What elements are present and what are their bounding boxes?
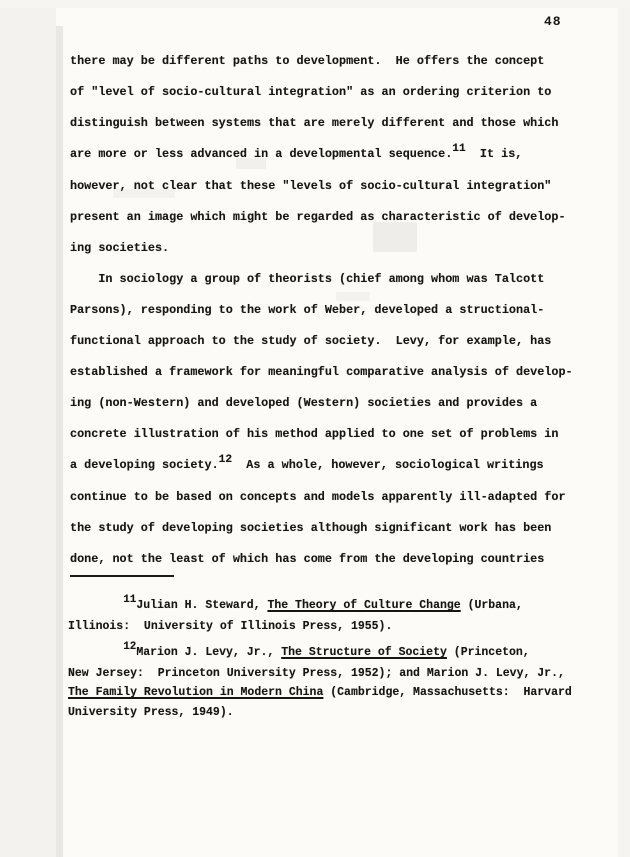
- text-line: The Family Revolution in Modern China (C…: [68, 683, 572, 703]
- text-segment: a developing society.: [70, 458, 219, 472]
- text-line: present an image which might be regarded…: [70, 202, 573, 233]
- text-segment: As a whole, however, sociological writin…: [232, 458, 544, 472]
- text-segment: It is,: [466, 147, 523, 161]
- underlined-title: The Structure of Society: [281, 646, 447, 659]
- text-line: 11Julian H. Steward, The Theory of Cultu…: [68, 596, 572, 617]
- underlined-title: The Theory of Culture Change: [267, 599, 460, 612]
- text-line: are more or less advanced in a developme…: [70, 139, 573, 171]
- underlined-title: The Family Revolution in Modern China: [68, 686, 323, 699]
- scan-edge-right-margin: [618, 0, 630, 857]
- scan-edge-fold-band: [56, 26, 63, 857]
- text-segment: ing societies.: [70, 241, 169, 255]
- text-segment: of "level of socio-cultural integration"…: [70, 85, 551, 99]
- text-segment: (Urbana,: [461, 599, 523, 612]
- text-segment: however, not clear that these "levels of…: [70, 179, 551, 193]
- text-segment: present an image which might be regarded…: [70, 210, 566, 224]
- text-line: however, not clear that these "levels of…: [70, 171, 573, 202]
- footnote-marker: 12: [219, 454, 232, 466]
- scan-edge-top-margin: [0, 0, 630, 8]
- text-line: functional approach to the study of soci…: [70, 326, 573, 357]
- text-segment: Marion J. Levy, Jr.,: [136, 646, 281, 659]
- text-segment: ing (non-Western) and developed (Western…: [70, 396, 537, 410]
- footnote-marker: 11: [123, 594, 136, 606]
- text-line: of "level of socio-cultural integration"…: [70, 77, 573, 108]
- footnote-marker: 12: [123, 641, 136, 653]
- text-segment: [68, 646, 123, 659]
- text-segment: Parsons), responding to the work of Webe…: [70, 303, 544, 317]
- text-line: Illinois: University of Illinois Press, …: [68, 617, 572, 637]
- text-line: the study of developing societies althou…: [70, 513, 573, 544]
- text-segment: [68, 599, 123, 612]
- footnote-separator: [70, 575, 174, 577]
- text-line: ing societies.: [70, 233, 573, 264]
- text-segment: the study of developing societies althou…: [70, 521, 551, 535]
- text-segment: Julian H. Steward,: [136, 599, 267, 612]
- text-line: concrete illustration of his method appl…: [70, 419, 573, 450]
- text-line: Parsons), responding to the work of Webe…: [70, 295, 573, 326]
- text-line: continue to be based on concepts and mod…: [70, 482, 573, 513]
- page-number: 48: [544, 14, 562, 29]
- text-segment: concrete illustration of his method appl…: [70, 427, 558, 441]
- text-line: a developing society.12 As a whole, howe…: [70, 450, 573, 482]
- footnote-block: 12Marion J. Levy, Jr., The Structure of …: [68, 643, 572, 722]
- text-segment: University Press, 1949).: [68, 706, 234, 719]
- text-segment: continue to be based on concepts and mod…: [70, 490, 566, 504]
- text-line: there may be different paths to developm…: [70, 46, 573, 77]
- text-line: ing (non-Western) and developed (Western…: [70, 388, 573, 419]
- footnotes: 11Julian H. Steward, The Theory of Cultu…: [68, 596, 572, 722]
- text-line: established a framework for meaningful c…: [70, 357, 573, 388]
- footnote-marker: 11: [452, 143, 465, 155]
- text-line: University Press, 1949).: [68, 703, 572, 723]
- text-segment: Illinois: University of Illinois Press, …: [68, 620, 392, 633]
- document-page: 48 there may be different paths to devel…: [0, 0, 630, 857]
- text-segment: In sociology a group of theorists (chief…: [70, 272, 544, 286]
- text-segment: (Cambridge, Massachusetts: Harvard: [323, 686, 571, 699]
- text-segment: done, not the least of which has come fr…: [70, 552, 544, 566]
- text-segment: established a framework for meaningful c…: [70, 365, 573, 379]
- text-line: 12Marion J. Levy, Jr., The Structure of …: [68, 643, 572, 664]
- text-segment: (Princeton,: [447, 646, 530, 659]
- text-line: done, not the least of which has come fr…: [70, 544, 573, 575]
- body-text: there may be different paths to developm…: [70, 46, 573, 575]
- text-segment: are more or less advanced in a developme…: [70, 147, 452, 161]
- scan-edge-left-margin: [0, 0, 56, 857]
- text-line: distinguish between systems that are mer…: [70, 108, 573, 139]
- text-segment: there may be different paths to developm…: [70, 54, 544, 68]
- text-line: New Jersey: Princeton University Press, …: [68, 664, 572, 684]
- text-segment: functional approach to the study of soci…: [70, 334, 551, 348]
- text-segment: distinguish between systems that are mer…: [70, 116, 558, 130]
- text-line: In sociology a group of theorists (chief…: [70, 264, 573, 295]
- text-segment: New Jersey: Princeton University Press, …: [68, 667, 565, 680]
- footnote-block: 11Julian H. Steward, The Theory of Cultu…: [68, 596, 572, 636]
